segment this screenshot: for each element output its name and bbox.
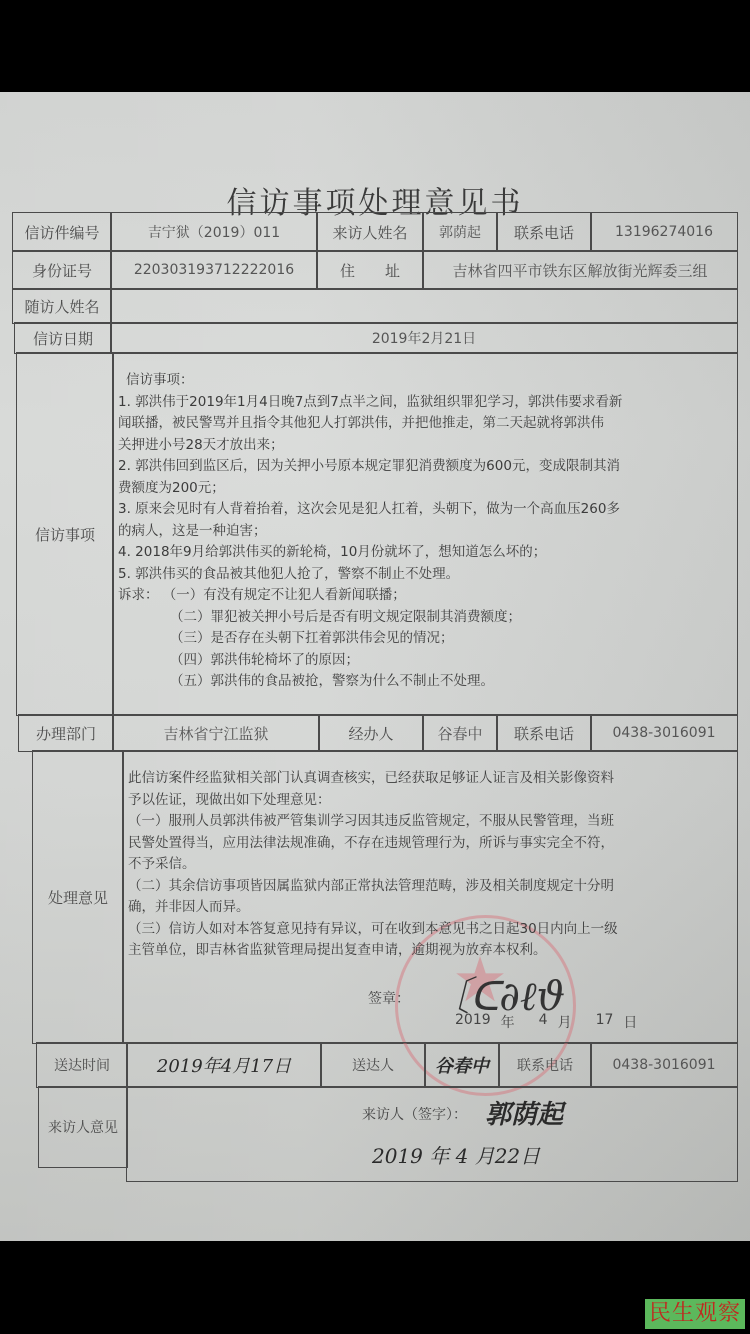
id-value: 220303193712222016 [110,250,318,290]
handling-phone-value: 0438-3016091 [590,714,738,752]
opinion-date-year: 2019 [455,1012,491,1032]
id-label: 身份证号 [12,250,112,290]
appeal-line: （五）郭洪伟的食品被抢，警察为什么不制止不处理。 [118,671,622,693]
opinion-date-month: 4 [539,1012,548,1032]
appeal-line: （三）是否存在头朝下扛着郭洪伟会见的情况； [118,628,622,650]
watermark-badge: 民生观察 [645,1299,745,1329]
opinion-line: （三）信访人如对本答复意见持有异议，可在收到本意见书之日起30日内向上一级 [128,919,618,941]
opinion-line: 确，并非因人而异。 [128,897,618,919]
case-no-label: 信访件编号 [12,212,112,252]
companion-value [110,288,738,324]
matter-line: 3. 原来会见时有人背着抬着，这次会见是犯人扛着，头朝下，做为一个高血压260多 [118,499,622,521]
matter-line: 2. 郭洪伟回到监区后，因为关押小号原本规定罪犯消费额度为600元，变成限制其消 [118,456,622,478]
handler-value: 谷春中 [422,714,498,752]
handling-phone-label: 联系电话 [496,714,592,752]
opinion-date-day: 17 [596,1012,614,1032]
appeal-prefix: 诉求： [118,587,159,603]
address-label: 住 址 [316,250,424,290]
delivery-time-label: 送达时间 [36,1042,128,1088]
delivery-time-value: 2019年4月17日 [126,1042,322,1088]
visitor-signature-label: 来访人（签字）： [362,1104,467,1124]
deliverer-label: 送达人 [320,1042,426,1088]
dept-label: 办理部门 [18,714,114,752]
case-no-value: 吉宁狱（2019）011 [110,212,318,252]
date-value: 2019年2月21日 [110,322,738,354]
address-value: 吉林省四平市铁东区解放街光辉委三组 [422,250,738,290]
opinion-date: 2019 年 4 月 17 日 [455,1012,637,1032]
matter-line: 的病人，这是一种迫害； [118,521,622,543]
opinion-line: （一）服刑人员郭洪伟被严管集训学习因其违反监管规定，不服从民警管理，当班 [128,811,618,833]
matter-line: 闻联播，被民警骂并且指令其他犯人打郭洪伟，并把他推走，第二天起就将郭洪伟 [118,413,622,435]
matters-label: 信访事项 [16,352,114,716]
opinion-label: 处理意见 [32,750,124,1044]
matter-line: 1. 郭洪伟于2019年1月4日晚7点到7点半之间，监狱组织罪犯学习，郭洪伟要求… [118,392,622,414]
phone-label: 联系电话 [496,212,592,252]
appeal-line: （二）罪犯被关押小号后是否有明文规定限制其消费额度； [118,607,622,629]
matter-line: 4. 2018年9月给郭洪伟买的新轮椅，10月份就坏了，想知道怎么坏的； [118,542,622,564]
dept-value: 吉林省宁江监狱 [112,714,320,752]
visitor-opinion-label: 来访人意见 [38,1086,128,1168]
visitor-name-value: 郭荫起 [422,212,498,252]
opinion-line: 予以佐证，现做出如下处理意见： [128,790,618,812]
delivery-phone-label: 联系电话 [498,1042,592,1088]
delivery-phone-value: 0438-3016091 [590,1042,738,1088]
matter-line: 费额度为200元； [118,478,622,500]
opinion-line: 不予采信。 [128,854,618,876]
opinion-line: 民警处置得当，应用法律法规准确，不存在违规管理行为，所诉与事实完全不符， [128,833,618,855]
opinion-text: 此信访案件经监狱相关部门认真调查核实，已经获取足够证人证言及相关影像资料 予以佐… [128,768,618,962]
opinion-date-day-unit: 日 [623,1012,637,1032]
visitor-name-label: 来访人姓名 [316,212,424,252]
matter-line: 关押进小号28天才放出来； [118,435,622,457]
appeal-line: （一）有没有规定不让犯人看新闻联播； [163,587,406,603]
matters-heading: 信访事项： [118,370,622,392]
visitor-signature: 郭荫起 [485,1094,563,1131]
deliverer-value: 谷春中 [424,1042,500,1088]
companion-label: 随访人姓名 [12,288,112,324]
appeal-line: （四）郭洪伟轮椅坏了的原因； [118,650,622,672]
phone-value: 13196274016 [590,212,738,252]
seal-label: 签章： [368,988,410,1008]
opinion-line: 此信访案件经监狱相关部门认真调查核实，已经获取足够证人证言及相关影像资料 [128,768,618,790]
date-label: 信访日期 [14,322,112,354]
opinion-date-month-unit: 月 [558,1012,572,1032]
matter-line: 5. 郭洪伟买的食品被其他犯人抢了，警察不制止不处理。 [118,564,622,586]
matters-text: 信访事项： 1. 郭洪伟于2019年1月4日晚7点到7点半之间，监狱组织罪犯学习… [118,370,622,693]
opinion-line: 主管单位，即吉林省监狱管理局提出复查申请，逾期视为放弃本权利。 [128,940,618,962]
opinion-line: （二）其余信访事项皆因属监狱内部正常执法管理范畴，涉及相关制度规定十分明 [128,876,618,898]
handler-label: 经办人 [318,714,424,752]
visitor-signature-date: 2019 年 4 月22日 [372,1140,540,1169]
opinion-date-year-unit: 年 [501,1012,515,1032]
